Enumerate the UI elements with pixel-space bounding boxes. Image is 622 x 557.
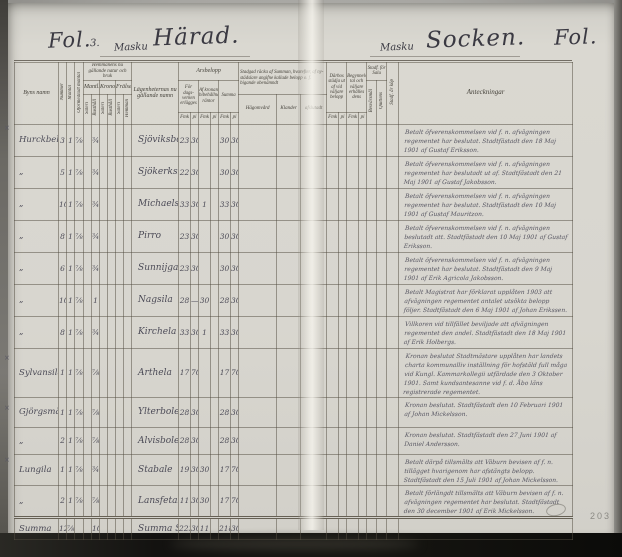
cell-besvarsmal — [367, 284, 377, 316]
cell-afslutadt — [301, 188, 327, 220]
col-header-natur-col2: Rusthåll — [92, 94, 100, 124]
cell-oformedladt: ⅞ — [75, 397, 84, 427]
cell-natur: ¾ — [92, 454, 100, 485]
cell-darhos-fmk — [327, 156, 339, 188]
cell-amount-a-pi: 30 — [191, 485, 199, 517]
cell-stadf — [387, 454, 399, 485]
col-header-afslutadt: afslutadt — [301, 94, 327, 124]
col-header-stadgad: Stadgad räcka af Summan, hvarefter, af n… — [239, 63, 327, 95]
margin-mark: × — [4, 404, 10, 412]
harad-title: Härad. — [153, 22, 240, 51]
margin-mark: × — [4, 456, 10, 464]
cell-amount-sum-fmk: 28 — [219, 284, 231, 316]
cell-besvarsmal — [367, 517, 377, 539]
unit-fmk: Fmk — [219, 112, 231, 124]
cell-natur — [124, 517, 132, 539]
cell-darhos-fmk — [327, 517, 339, 539]
cell-natur — [100, 485, 108, 517]
cell-besvarsmal — [367, 316, 377, 348]
cell-amount-sum-pi: 30 — [231, 252, 239, 284]
cell-natur — [116, 188, 124, 220]
socken-title: Socken. — [426, 24, 526, 53]
cell-lagenhet-name: Sjöviksbole — [132, 124, 179, 156]
cell-hagnad — [239, 156, 277, 188]
cell-hagnad — [239, 348, 277, 397]
cell-hagnad — [239, 124, 277, 156]
col-header-darhos: Därhos städja ut af vid väljare belopp — [327, 63, 347, 113]
cell-amount-b-pi — [211, 316, 219, 348]
cell-village-name: „ — [15, 485, 59, 517]
unit-pi: pi — [191, 112, 199, 124]
cell-begynnelse-pi — [359, 517, 367, 539]
table-row: Gjörgsmälä 1 1 ⅞ ⅞ Ylterbole 28 30 28 30… — [15, 397, 573, 427]
cell-stadf — [387, 517, 399, 539]
name-rule-left — [100, 56, 250, 57]
cell-amount-b-pi — [211, 427, 219, 454]
cell-klander — [277, 220, 301, 252]
cell-quittens — [377, 517, 387, 539]
cell-darhos-fmk — [327, 427, 339, 454]
cell-amount-b-pi — [211, 485, 219, 517]
cell-amount-sum-pi: 30 — [231, 124, 239, 156]
cell-number: 10 — [59, 284, 67, 316]
cell-natur: 10 — [92, 517, 100, 539]
cell-begynnelse-fmk — [347, 485, 359, 517]
cell-village-name: Gjörgsmälä — [15, 397, 59, 427]
cell-natur — [124, 220, 132, 252]
cell-amount-sum-pi: 30 — [231, 517, 239, 539]
cell-number: 8 — [59, 220, 67, 252]
cell-natur: ¾ — [92, 124, 100, 156]
col-header-stadf: Stadf. år köp — [387, 63, 399, 125]
cell-natur — [108, 316, 116, 348]
cell-amount-b-pi — [211, 348, 219, 397]
cell-natur — [116, 397, 124, 427]
cell-number: 10 — [59, 188, 67, 220]
cell-natur — [84, 188, 92, 220]
cell-besvarsmal — [367, 220, 377, 252]
cell-natur — [116, 485, 124, 517]
socken-prefix: Masku — [380, 41, 414, 53]
cell-amount-sum-fmk: 30 — [219, 220, 231, 252]
cell-amount-a-pi: 30 — [191, 188, 199, 220]
cell-quittens — [377, 485, 387, 517]
cell-oformedladt: ⅞ — [75, 284, 84, 316]
cell-begynnelse-pi — [359, 485, 367, 517]
cell-hagnad — [239, 485, 277, 517]
table-row: „ 8 1 ⅞ ¾ Pirro 23 30 30 30 Betalt öfver… — [15, 220, 573, 252]
cell-note: Betalt öfverenskommelsen vid f. n. afväg… — [398, 252, 574, 284]
cell-natur — [84, 517, 92, 539]
cell-quittens — [377, 156, 387, 188]
unit-fmk: Fmk — [199, 112, 211, 124]
cell-natur — [116, 124, 124, 156]
cell-natur — [100, 348, 108, 397]
cell-begynnelse-pi — [359, 188, 367, 220]
cell-natur — [84, 454, 92, 485]
cell-quittens — [377, 124, 387, 156]
cell-natur — [100, 427, 108, 454]
col-header-natur-krono: Krono — [100, 80, 116, 94]
cell-begynnelse-fmk — [347, 188, 359, 220]
cell-natur: ¾ — [92, 316, 100, 348]
cell-natur — [84, 485, 92, 517]
cell-note: Kronan beslutat. Stadtfästadt den 10 Feb… — [398, 397, 574, 427]
cell-number: 1 — [59, 397, 67, 427]
cell-amount-sum-fmk: 28 — [219, 397, 231, 427]
cell-darhos-fmk — [327, 220, 339, 252]
cell-amount-a-fmk: 22 — [179, 156, 191, 188]
cell-natur — [116, 284, 124, 316]
cell-natur — [100, 284, 108, 316]
cell-darhos-pi — [339, 156, 347, 188]
cell-begynnelse-fmk — [347, 220, 359, 252]
cell-begynnelse-fmk — [347, 124, 359, 156]
cell-stadf — [387, 188, 399, 220]
cell-oformedladt: ⅞ — [75, 427, 84, 454]
cell-darhos-fmk — [327, 316, 339, 348]
cell-amount-b-fmk — [199, 348, 211, 397]
cell-lagenhet-name: Lansfetale — [132, 485, 179, 517]
cell-lagenhet-name: Alvisbole — [132, 427, 179, 454]
col-header-besvarsmal: Besvärsmål — [367, 80, 377, 124]
cell-natur: ⅞ — [92, 485, 100, 517]
cell-afslutadt — [301, 454, 327, 485]
cell-amount-a-fmk: 28 — [179, 284, 191, 316]
cell-amount-a-fmk: 23 — [179, 252, 191, 284]
cell-mantal: 1 — [67, 397, 75, 427]
cell-afslutadt — [301, 397, 327, 427]
cell-village-name: „ — [15, 427, 59, 454]
cell-besvarsmal — [367, 348, 377, 397]
cell-natur — [116, 454, 124, 485]
cell-natur — [124, 188, 132, 220]
cell-note: Betalt öfverenskommelsen vid f. n. afväg… — [398, 124, 574, 156]
cell-natur — [100, 124, 108, 156]
cell-quittens — [377, 427, 387, 454]
cell-number: 6 — [59, 252, 67, 284]
cell-besvarsmal — [367, 124, 377, 156]
cell-natur — [108, 188, 116, 220]
col-header-lagenheter: Lägenheternas nu gällande namn — [132, 63, 179, 125]
cell-darhos-fmk — [327, 252, 339, 284]
cell-natur — [124, 252, 132, 284]
margin-mark: × — [4, 354, 10, 362]
cell-lagenhet-name: Michaelsbole — [132, 188, 179, 220]
cell-village-name: Sylvansilä — [15, 348, 59, 397]
cell-quittens — [377, 220, 387, 252]
cell-darhos-pi — [339, 316, 347, 348]
cell-village-name: Hurckbela — [15, 124, 59, 156]
col-header-arrende-group: Arsbelopp — [179, 63, 239, 81]
cell-natur — [108, 220, 116, 252]
cell-darhos-fmk — [327, 188, 339, 220]
cell-amount-b-pi — [211, 252, 219, 284]
cell-natur — [100, 517, 108, 539]
cell-amount-b-fmk — [199, 427, 211, 454]
unit-pi: pi — [231, 112, 239, 124]
cell-begynnelse-pi — [359, 427, 367, 454]
cell-lagenhet-name: Sjökerksbole — [132, 156, 179, 188]
cell-village-name: „ — [15, 284, 59, 316]
cell-note: Villkoren vid tillfället beviljade att a… — [398, 316, 574, 348]
cell-klander — [277, 485, 301, 517]
cell-amount-a-pi: 30 — [191, 427, 199, 454]
cell-amount-sum-pi: 30 — [231, 188, 239, 220]
cell-quittens — [377, 348, 387, 397]
cell-begynnelse-fmk — [347, 156, 359, 188]
cell-darhos-pi — [339, 284, 347, 316]
col-header-natur-mantl: Mantl. — [84, 80, 100, 94]
cell-lagenhet-name: Kirchela — [132, 316, 179, 348]
cell-amount-sum-fmk: 17 — [219, 485, 231, 517]
cell-hagnad — [239, 397, 277, 427]
cell-hagnad — [239, 252, 277, 284]
cell-lagenhet-name: Pirro — [132, 220, 179, 252]
cell-hagnad — [239, 220, 277, 252]
cell-lagenhet-name: Summa Summarum — [132, 517, 179, 539]
cell-amount-sum-pi: 30 — [231, 316, 239, 348]
cell-natur — [116, 316, 124, 348]
cell-natur — [124, 124, 132, 156]
cell-besvarsmal — [367, 156, 377, 188]
harad-prefix: Masku — [114, 41, 148, 53]
cell-natur — [124, 156, 132, 188]
cell-note: Kronan beslutat. Stadtfästadt den 27 Jun… — [398, 427, 574, 454]
cell-amount-sum-pi: 70 — [231, 485, 239, 517]
cell-stadf — [387, 284, 399, 316]
cell-amount-sum-fmk: 17 — [219, 454, 231, 485]
cell-natur — [124, 427, 132, 454]
cell-number: 2 — [59, 427, 67, 454]
cell-natur — [84, 124, 92, 156]
cell-darhos-pi — [339, 188, 347, 220]
cell-note — [398, 517, 574, 539]
cell-afslutadt — [301, 284, 327, 316]
cell-natur — [84, 284, 92, 316]
cell-begynnelse-fmk — [347, 284, 359, 316]
scan-bottom-smear — [170, 538, 420, 550]
cell-klander — [277, 284, 301, 316]
cell-natur — [116, 348, 124, 397]
unit-fmk: Fmk — [327, 112, 339, 124]
cell-village-name: „ — [15, 220, 59, 252]
cell-hagnad — [239, 427, 277, 454]
cell-lagenhet-name: Ylterbole — [132, 397, 179, 427]
cell-amount-b-fmk — [199, 220, 211, 252]
cell-darhos-pi — [339, 252, 347, 284]
col-header-mantal: Mantal — [67, 63, 75, 125]
cell-natur — [84, 427, 92, 454]
cell-amount-b-fmk: 1 — [199, 316, 211, 348]
cell-begynnelse-fmk — [347, 252, 359, 284]
cell-afslutadt — [301, 427, 327, 454]
cell-quittens — [377, 284, 387, 316]
table-row: „ 2 1 ⅞ ⅞ Alvisbole 28 30 28 30 Kronan b… — [15, 427, 573, 454]
cell-natur — [100, 220, 108, 252]
cell-besvarsmal — [367, 427, 377, 454]
cell-quittens — [377, 454, 387, 485]
cell-natur: 1 — [92, 284, 100, 316]
cell-darhos-pi — [339, 348, 347, 397]
cell-amount-sum-pi: 30 — [231, 220, 239, 252]
cell-darhos-pi — [339, 427, 347, 454]
cell-natur — [116, 156, 124, 188]
cell-amount-sum-fmk: 33 — [219, 316, 231, 348]
cell-oformedladt: ⅞ — [75, 454, 84, 485]
fol-left-number: 3. — [90, 38, 100, 49]
cell-amount-a-fmk: 28 — [179, 397, 191, 427]
cell-amount-a-fmk: 19 — [179, 454, 191, 485]
cell-natur — [100, 252, 108, 284]
cell-begynnelse-pi — [359, 397, 367, 427]
cell-village-name: Summa — [15, 517, 59, 539]
cell-stadf — [387, 427, 399, 454]
cell-natur — [100, 188, 108, 220]
cell-note: Betalt öfverenskommelsen vid f. n. afväg… — [398, 188, 574, 220]
cell-afslutadt — [301, 348, 327, 397]
col-header-nummer: Nummer — [59, 63, 67, 125]
cell-begynnelse-pi — [359, 454, 367, 485]
cell-begynnelse-fmk — [347, 348, 359, 397]
cell-amount-a-fmk: 223 — [179, 517, 191, 539]
cell-mantal: 1 — [67, 188, 75, 220]
cell-natur — [124, 454, 132, 485]
cell-klander — [277, 252, 301, 284]
cell-stadf — [387, 485, 399, 517]
cell-natur — [116, 220, 124, 252]
cell-amount-b-pi — [211, 284, 219, 316]
unit-fmk: Fmk — [347, 112, 359, 124]
cell-klander — [277, 454, 301, 485]
col-header-anteckningar: Anteckningar — [399, 63, 573, 125]
cell-note: Betalt öfverenskommelsen vid f. n. afväg… — [398, 156, 574, 188]
cell-natur — [84, 348, 92, 397]
col-header-begynnelse: Begynnelse-tal och väljare erhålles dens — [347, 63, 367, 113]
cell-natur — [108, 252, 116, 284]
cell-amount-a-fmk: 23 — [179, 124, 191, 156]
cell-number: 12 — [59, 517, 67, 539]
cell-amount-a-fmk: 23 — [179, 220, 191, 252]
cell-amount-b-fmk — [199, 252, 211, 284]
cell-amount-b-pi — [211, 188, 219, 220]
cell-village-name: „ — [15, 316, 59, 348]
cell-darhos-pi — [339, 454, 347, 485]
cell-amount-b-fmk: 30 — [199, 284, 211, 316]
cell-stadf — [387, 316, 399, 348]
cell-village-name: „ — [15, 156, 59, 188]
cell-afslutadt — [301, 252, 327, 284]
cell-natur — [108, 156, 116, 188]
cell-hagnad — [239, 188, 277, 220]
cell-hagnad — [239, 316, 277, 348]
unit-fmk: Fmk — [179, 112, 191, 124]
cell-village-name: „ — [15, 188, 59, 220]
cell-darhos-fmk — [327, 454, 339, 485]
cell-natur: ⅞ — [92, 397, 100, 427]
cell-amount-sum-fmk: 30 — [219, 252, 231, 284]
cell-afslutadt — [301, 156, 327, 188]
cell-mantal: 1 — [67, 427, 75, 454]
cell-quittens — [377, 252, 387, 284]
cell-hagnad — [239, 454, 277, 485]
cell-natur — [124, 485, 132, 517]
cell-quittens — [377, 188, 387, 220]
cell-stadf — [387, 397, 399, 427]
fol-left-label: Fol. — [48, 27, 92, 53]
col-header-byns-namn: Byns namn — [15, 63, 59, 125]
col-header-natur-col4: Rusthåll — [108, 94, 116, 124]
cell-amount-b-pi — [211, 220, 219, 252]
cell-oformedladt: ⅞ — [75, 316, 84, 348]
cell-begynnelse-fmk — [347, 397, 359, 427]
cell-amount-sum-pi: 30 — [231, 427, 239, 454]
cell-begynnelse-pi — [359, 220, 367, 252]
cell-lagenhet-name: Stabale — [132, 454, 179, 485]
cell-stadf — [387, 156, 399, 188]
cell-natur — [116, 427, 124, 454]
cell-darhos-pi — [339, 124, 347, 156]
col-header-salu-group: Stadf. för Salu — [367, 63, 387, 81]
cell-klander — [277, 517, 301, 539]
cell-klander — [277, 156, 301, 188]
cell-mantal: 1 — [67, 284, 75, 316]
table-row: Hurckbela 3 1 ⅞ ¾ Sjöviksbole 23 30 30 3… — [15, 124, 573, 156]
cell-mantal: 1 — [67, 348, 75, 397]
cell-darhos-pi — [339, 517, 347, 539]
cell-natur — [100, 397, 108, 427]
cell-note: Betalt öfverenskommelsen vid f. n. afväg… — [398, 220, 574, 252]
cell-natur — [108, 517, 116, 539]
cell-stadf — [387, 220, 399, 252]
cell-number: 1 — [59, 454, 67, 485]
cell-oformedladt: ⅞ — [75, 348, 84, 397]
fol-right-label: Fol. — [554, 24, 598, 50]
cell-natur — [116, 517, 124, 539]
cell-village-name: Lungila — [15, 454, 59, 485]
cell-amount-b-fmk: 30 — [199, 454, 211, 485]
cell-amount-a-pi: — — [191, 284, 199, 316]
cell-mantal: 1 — [67, 454, 75, 485]
cell-oformedladt: ⅞ — [75, 485, 84, 517]
cell-afslutadt — [301, 316, 327, 348]
cell-natur: ⅞ — [92, 348, 100, 397]
cell-amount-sum-fmk: 30 — [219, 156, 231, 188]
table-row: „ 8 1 ⅞ ¾ Kirchela 33 30 1 33 30 Villkor… — [15, 316, 573, 348]
cell-amount-sum-pi: 70 — [231, 454, 239, 485]
cell-darhos-fmk — [327, 397, 339, 427]
table-row: „ 6 1 ⅞ ¾ Sunnijgatta 23 30 30 30 Betalt… — [15, 252, 573, 284]
cell-begynnelse-pi — [359, 316, 367, 348]
cell-amount-a-fmk: 17 — [179, 348, 191, 397]
cell-besvarsmal — [367, 397, 377, 427]
cell-natur — [84, 252, 92, 284]
cell-oformedladt: ⅞ — [75, 156, 84, 188]
cell-darhos-fmk — [327, 485, 339, 517]
col-header-oformedladt: Oförmedladt mantal — [75, 63, 84, 125]
cell-klander — [277, 316, 301, 348]
cell-amount-b-pi — [211, 454, 219, 485]
col-header-quittens: Quittens — [377, 80, 387, 124]
cell-amount-sum-pi: 30 — [231, 156, 239, 188]
cell-darhos-fmk — [327, 348, 339, 397]
cell-begynnelse-fmk — [347, 427, 359, 454]
cell-amount-sum-pi: 30 — [231, 284, 239, 316]
table-row: „ 10 1 ⅞ 1 Nagsila 28 — 30 28 30 Betalt … — [15, 284, 573, 316]
col-header-natur-group: Hemmanens nu gällande natur och bruk — [84, 63, 132, 81]
col-header-arrende-rantor: Af kronan bibehållna räntor — [199, 80, 219, 112]
page-right-edge — [614, 0, 622, 533]
